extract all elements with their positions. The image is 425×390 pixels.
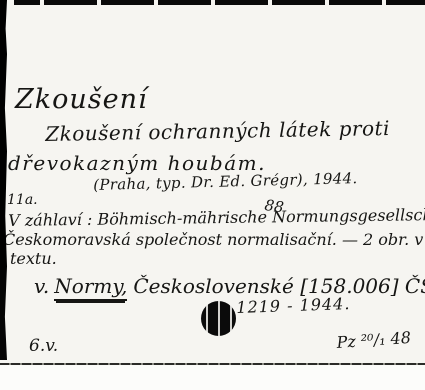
card-paper: Zkoušení Zkoušení ochranných látek proti… <box>0 0 425 364</box>
note-line-2: Českomoravská společnost normalisační. —… <box>3 230 423 249</box>
reference-rest: Československé [158.006] ČSN <box>133 274 425 298</box>
bottom-right-note: Pz ²⁰/₁ 48 <box>336 328 412 352</box>
reference-prefix: v. <box>34 274 49 298</box>
cross-reference-line: v.Normy,Československé [158.006] ČSN <box>34 274 425 298</box>
note-line-1: V záhlaví : Böhmisch-mährische Normungsg… <box>8 205 425 230</box>
title-line-1: Zkoušení ochranných látek proti <box>45 116 390 146</box>
scanned-catalog-card: Zkoušení Zkoušení ochranných látek proti… <box>0 0 425 390</box>
card-bottom-edge <box>0 363 425 365</box>
scanner-background <box>0 366 425 390</box>
bottom-left-note: 6.v. <box>29 336 58 356</box>
title-line-2: dřevokazným houbám. <box>8 151 266 175</box>
margin-note: 11a. <box>7 192 38 208</box>
scan-edge-top <box>14 0 425 5</box>
reference-underlined-term: Normy, <box>54 274 127 301</box>
standard-number: 1219 - 1944. <box>236 294 351 317</box>
note-line-3: textu. <box>10 249 57 268</box>
card-heading: Zkoušení <box>15 84 148 115</box>
hole-punch-icon <box>201 301 236 336</box>
